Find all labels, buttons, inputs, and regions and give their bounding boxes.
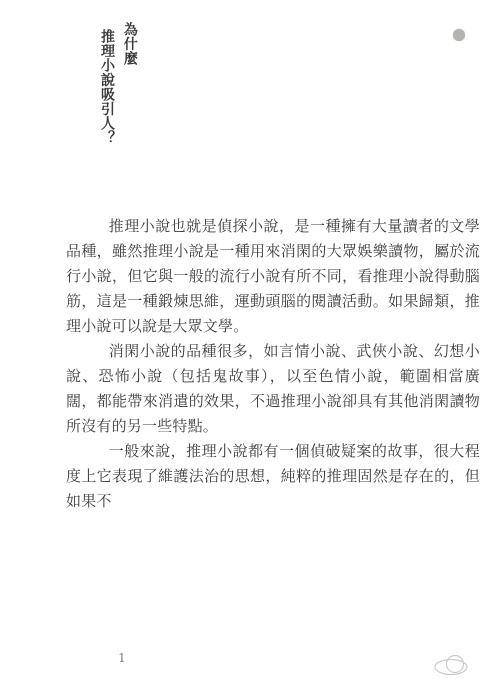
body-text: 推理小說也就是偵探小說，是一種擁有大量讀者的文學品種，雖然推理小說是一種用來消閑… — [66, 214, 480, 514]
chapter-title-line-2: 推理小說吸引人？ — [95, 22, 118, 232]
chapter-title-line-1: 為什麼 — [118, 22, 141, 232]
book-page: 為什麼 推理小說吸引人？ 推理小說也就是偵探小說，是一種擁有大量讀者的文學品種，… — [0, 0, 492, 699]
paragraph-3: 一般來說，推理小說都有一個偵破疑案的故事，很大程度上它表現了維護法治的思想，純粹… — [66, 439, 480, 514]
paragraph-1: 推理小說也就是偵探小說，是一種擁有大量讀者的文學品種，雖然推理小說是一種用來消閑… — [66, 214, 480, 339]
publisher-colophon-icon — [430, 649, 474, 679]
corner-dot-icon — [453, 29, 465, 41]
chapter-title: 為什麼 推理小說吸引人？ — [95, 22, 141, 232]
paragraph-2: 消閑小說的品種很多，如言情小說、武俠小說、幻想小說、恐怖小說（包括鬼故事），以至… — [66, 339, 480, 439]
page-number: 1 — [112, 651, 132, 665]
